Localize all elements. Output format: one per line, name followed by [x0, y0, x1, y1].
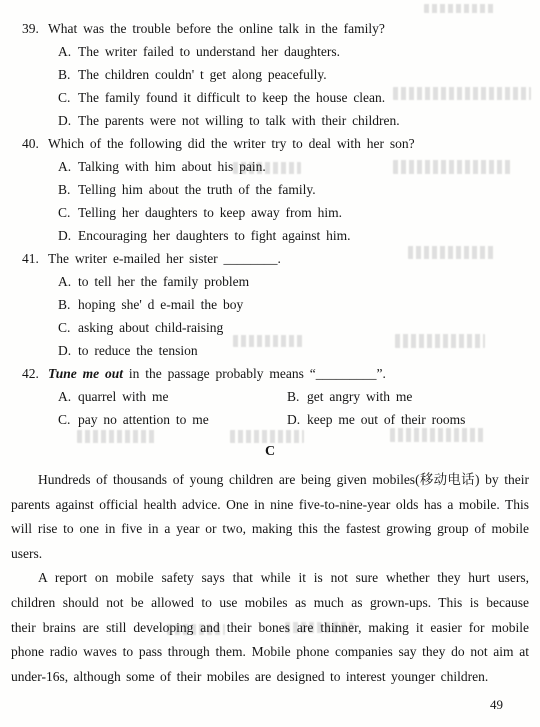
question-number: 42. [22, 362, 48, 385]
option-label: A. [58, 155, 78, 178]
option-b: B. Telling him about the truth of the fa… [0, 178, 540, 201]
option-label: D. [58, 224, 78, 247]
passage-paragraph-1: Hundreds of thousands of young children … [11, 468, 529, 566]
question-stem: What was the trouble before the online t… [48, 17, 540, 40]
option-text: to tell her the family problem [78, 270, 540, 293]
exam-page: 39. What was the trouble before the onli… [0, 0, 540, 727]
option-label: B. [287, 385, 307, 408]
option-c: C. Telling her daughters to keep away fr… [0, 201, 540, 224]
page-content: 39. What was the trouble before the onli… [0, 17, 540, 689]
option-text: Telling him about the truth of the famil… [78, 178, 540, 201]
option-text: hoping she' d e-mail the boy [78, 293, 540, 316]
option-label: C. [58, 408, 78, 431]
reading-passage: Hundreds of thousands of young children … [0, 468, 540, 689]
option-label: B. [58, 293, 78, 316]
section-heading: C [0, 440, 540, 463]
question-number: 41. [22, 247, 48, 270]
option-text: keep me out of their rooms [307, 408, 516, 431]
option-label: A. [58, 270, 78, 293]
option-text: asking about child-raising [78, 316, 540, 339]
option-d: D. Encouraging her daughters to fight ag… [0, 224, 540, 247]
option-d: D. to reduce the tension [0, 339, 540, 362]
question-42: 42. Tune me out in the passage probably … [0, 362, 540, 431]
option-text: get angry with me [307, 385, 516, 408]
option-label: D. [287, 408, 307, 431]
watermark-artifact [424, 4, 496, 13]
question-stem: Tune me out in the passage probably mean… [48, 362, 540, 385]
option-label: D. [58, 339, 78, 362]
option-label: B. [58, 178, 78, 201]
question-stem: The writer e-mailed her sister ________. [48, 247, 540, 270]
option-text: Talking with him about his pain. [78, 155, 540, 178]
option-label: C. [58, 201, 78, 224]
question-stem-rest: in the passage probably means “_________… [123, 366, 386, 381]
option-label: C. [58, 86, 78, 109]
option-c: C. pay no attention to me [58, 408, 287, 431]
option-text: pay no attention to me [78, 408, 287, 431]
option-text: to reduce the tension [78, 339, 540, 362]
passage-paragraph-2: A report on mobile safety says that whil… [11, 566, 529, 689]
option-text: The writer failed to understand her daug… [78, 40, 540, 63]
option-text: quarrel with me [78, 385, 287, 408]
question-40: 40. Which of the following did the write… [0, 132, 540, 247]
option-grid: A. quarrel with me B. get angry with me … [0, 385, 540, 431]
question-39: 39. What was the trouble before the onli… [0, 17, 540, 132]
option-b: B. The children couldn' t get along peac… [0, 63, 540, 86]
page-number: 49 [490, 697, 503, 713]
question-stem-emphasis: Tune me out [48, 366, 123, 381]
option-text: Encouraging her daughters to fight again… [78, 224, 540, 247]
question-stem: Which of the following did the writer tr… [48, 132, 540, 155]
option-d: D. keep me out of their rooms [287, 408, 516, 431]
option-d: D. The parents were not willing to talk … [0, 109, 540, 132]
option-a: A. Talking with him about his pain. [0, 155, 540, 178]
option-a: A. quarrel with me [58, 385, 287, 408]
option-c: C. asking about child-raising [0, 316, 540, 339]
question-number: 40. [22, 132, 48, 155]
option-c: C. The family found it difficult to keep… [0, 86, 540, 109]
option-b: B. get angry with me [287, 385, 516, 408]
option-label: A. [58, 40, 78, 63]
option-label: D. [58, 109, 78, 132]
option-label: C. [58, 316, 78, 339]
question-number: 39. [22, 17, 48, 40]
option-text: The children couldn' t get along peacefu… [78, 63, 540, 86]
option-a: A. to tell her the family problem [0, 270, 540, 293]
option-text: The parents were not willing to talk wit… [78, 109, 540, 132]
option-label: A. [58, 385, 78, 408]
option-text: Telling her daughters to keep away from … [78, 201, 540, 224]
option-label: B. [58, 63, 78, 86]
option-a: A. The writer failed to understand her d… [0, 40, 540, 63]
question-41: 41. The writer e-mailed her sister _____… [0, 247, 540, 362]
option-b: B. hoping she' d e-mail the boy [0, 293, 540, 316]
option-text: The family found it difficult to keep th… [78, 86, 540, 109]
